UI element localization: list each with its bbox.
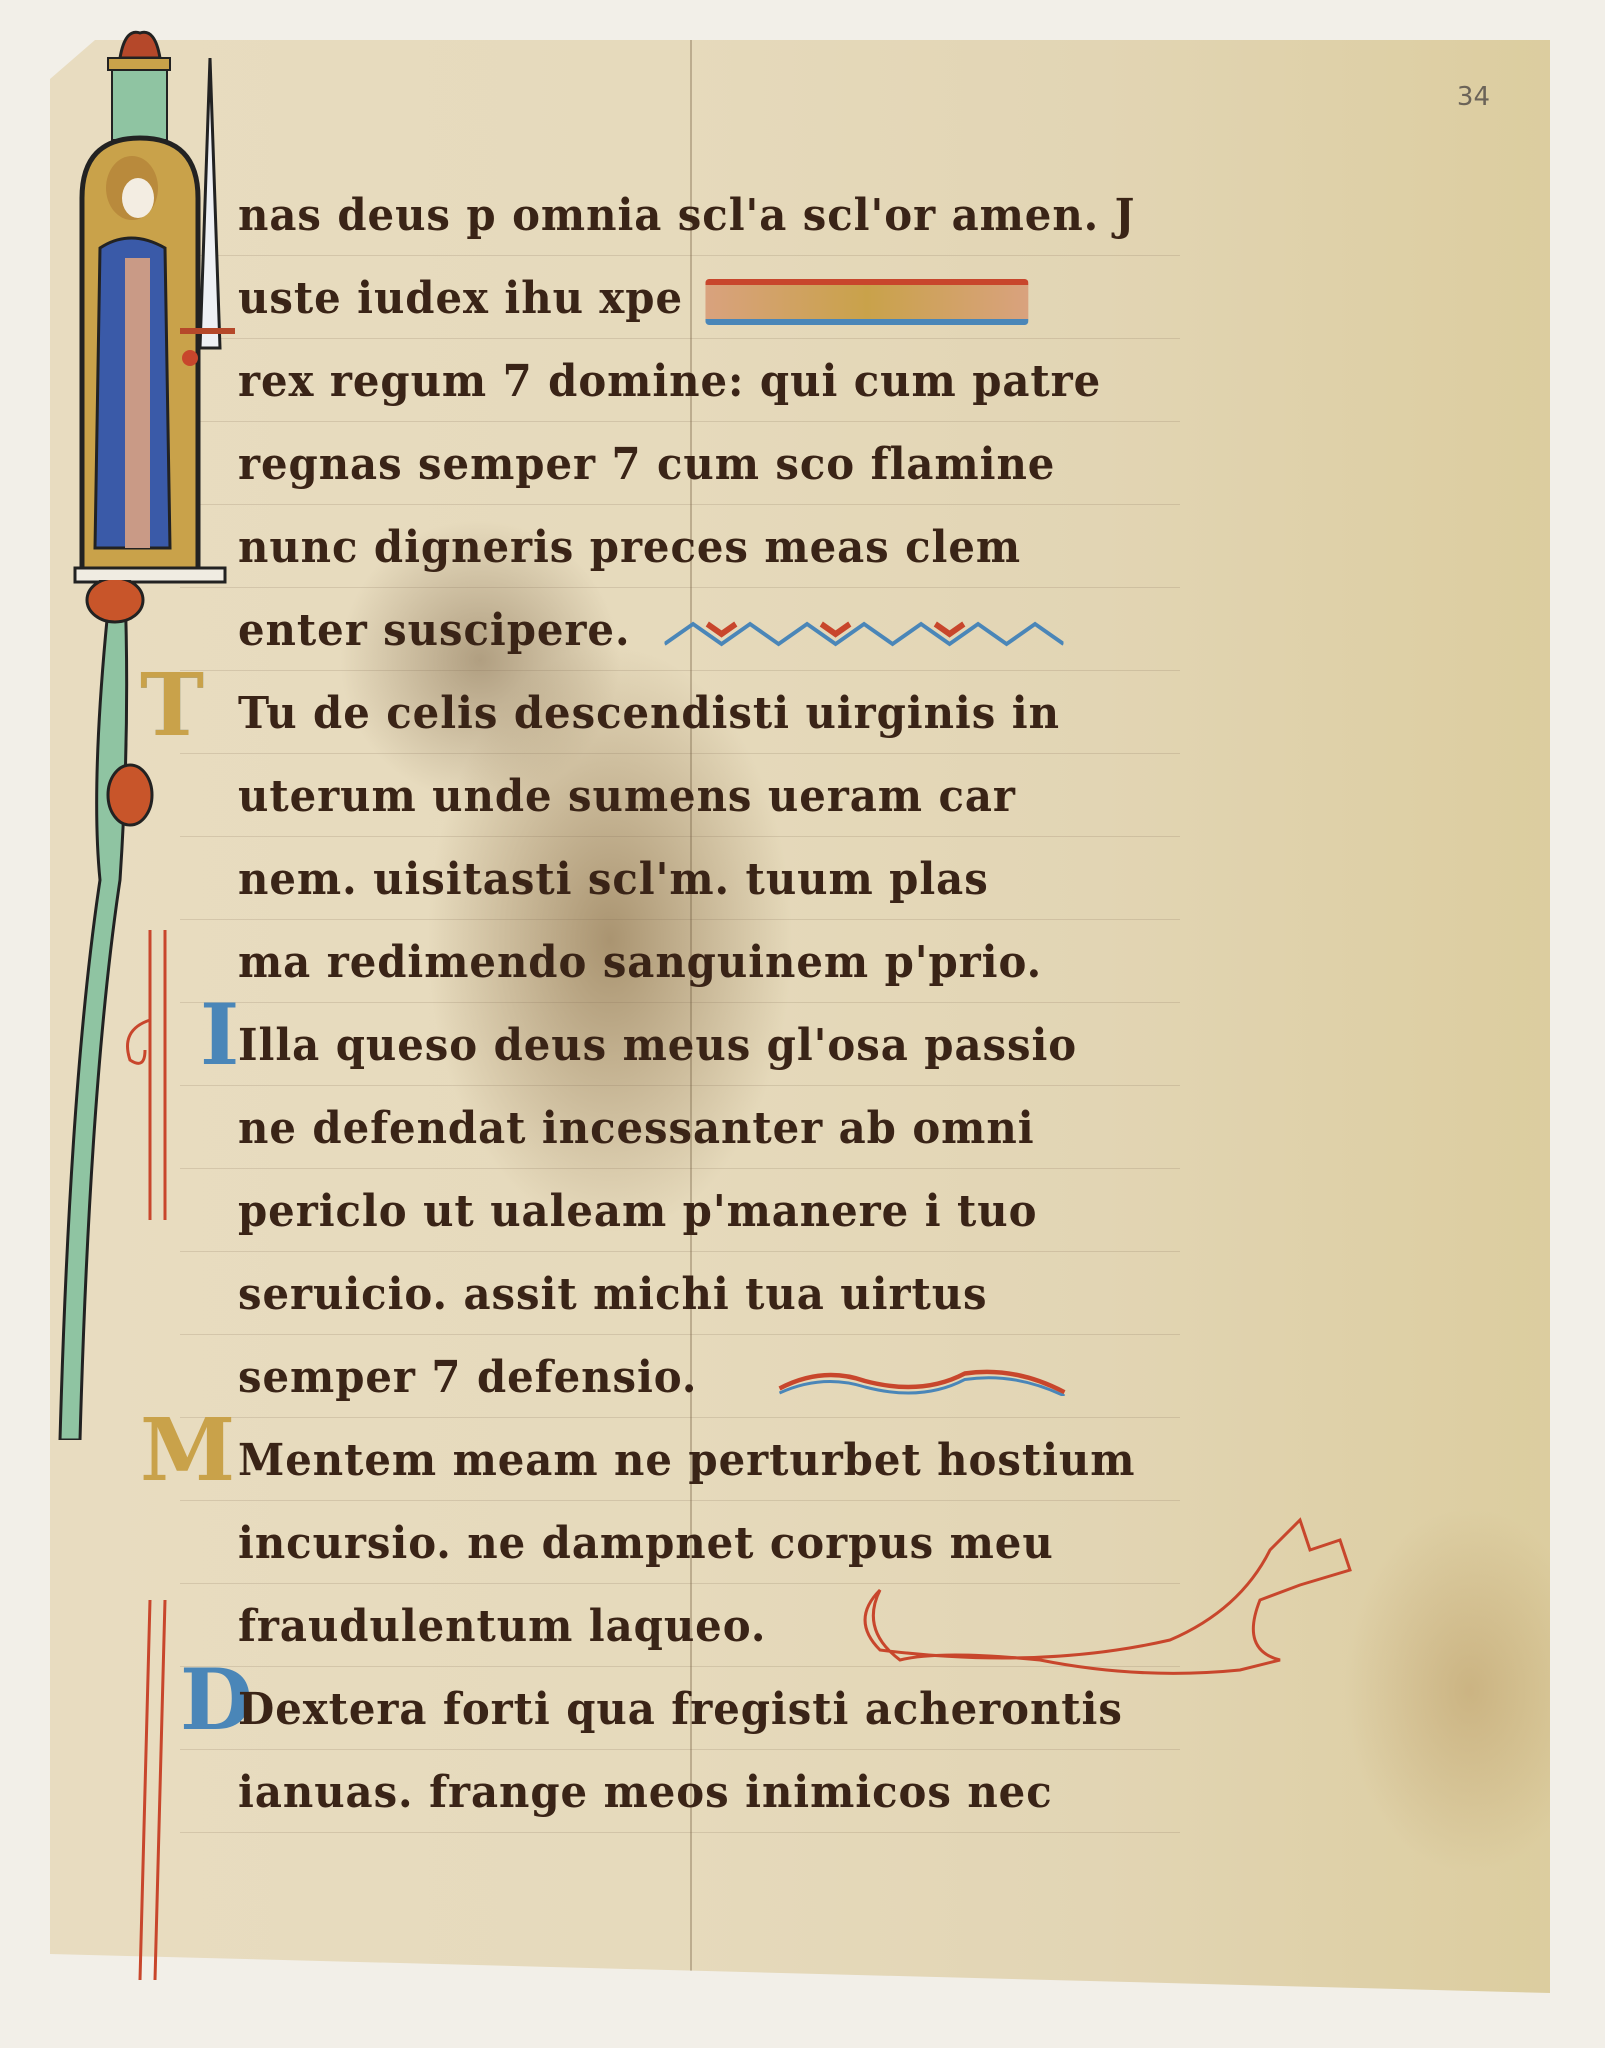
text-line: Illa queso deus meus gl'osa passio xyxy=(238,1020,1188,1103)
text-line: nunc digneris preces meas clem xyxy=(238,522,1188,605)
text-line: seruicio. assit michi tua uirtus xyxy=(238,1269,1188,1352)
zigzag-line-filler xyxy=(665,619,1064,649)
text-line: enter suscipere. xyxy=(238,605,1188,688)
marginal-dragon xyxy=(840,1490,1360,1690)
text-line: regnas semper 7 cum sco flamine xyxy=(238,439,1188,522)
initial-i: I xyxy=(200,985,239,1084)
text-line: uterum unde sumens ueram car xyxy=(238,771,1188,854)
text-line: Tu de celis descendisti uirginis in xyxy=(238,688,1188,771)
red-penwork-flourish xyxy=(110,920,200,1980)
saint-figure-initial xyxy=(70,28,235,588)
text-line: nas deus p omnia scl'a scl'or amen. J xyxy=(238,190,1188,273)
text-line: nem. uisitasti scl'm. tuum plas xyxy=(238,854,1188,937)
wavy-line-filler xyxy=(732,1366,1112,1396)
text-line: semper 7 defensio. xyxy=(238,1352,1188,1435)
text-line: periclo ut ualeam p'manere i tuo xyxy=(238,1186,1188,1269)
text-line: ne defendat incessanter ab omni xyxy=(238,1103,1188,1186)
initial-t: T xyxy=(140,655,204,756)
text-line: ianuas. frange meos inimicos nec xyxy=(238,1767,1188,1850)
text-line: uste iudex ihu xpe xyxy=(238,273,1188,356)
folio-number: 34 xyxy=(1457,82,1490,112)
text-line: rex regum 7 domine: qui cum patre xyxy=(238,356,1188,439)
line-filler xyxy=(706,279,1029,325)
text-line: Dextera forti qua fregisti acherontis xyxy=(238,1684,1188,1767)
text-line: ma redimendo sanguinem p'prio. xyxy=(238,937,1188,1020)
